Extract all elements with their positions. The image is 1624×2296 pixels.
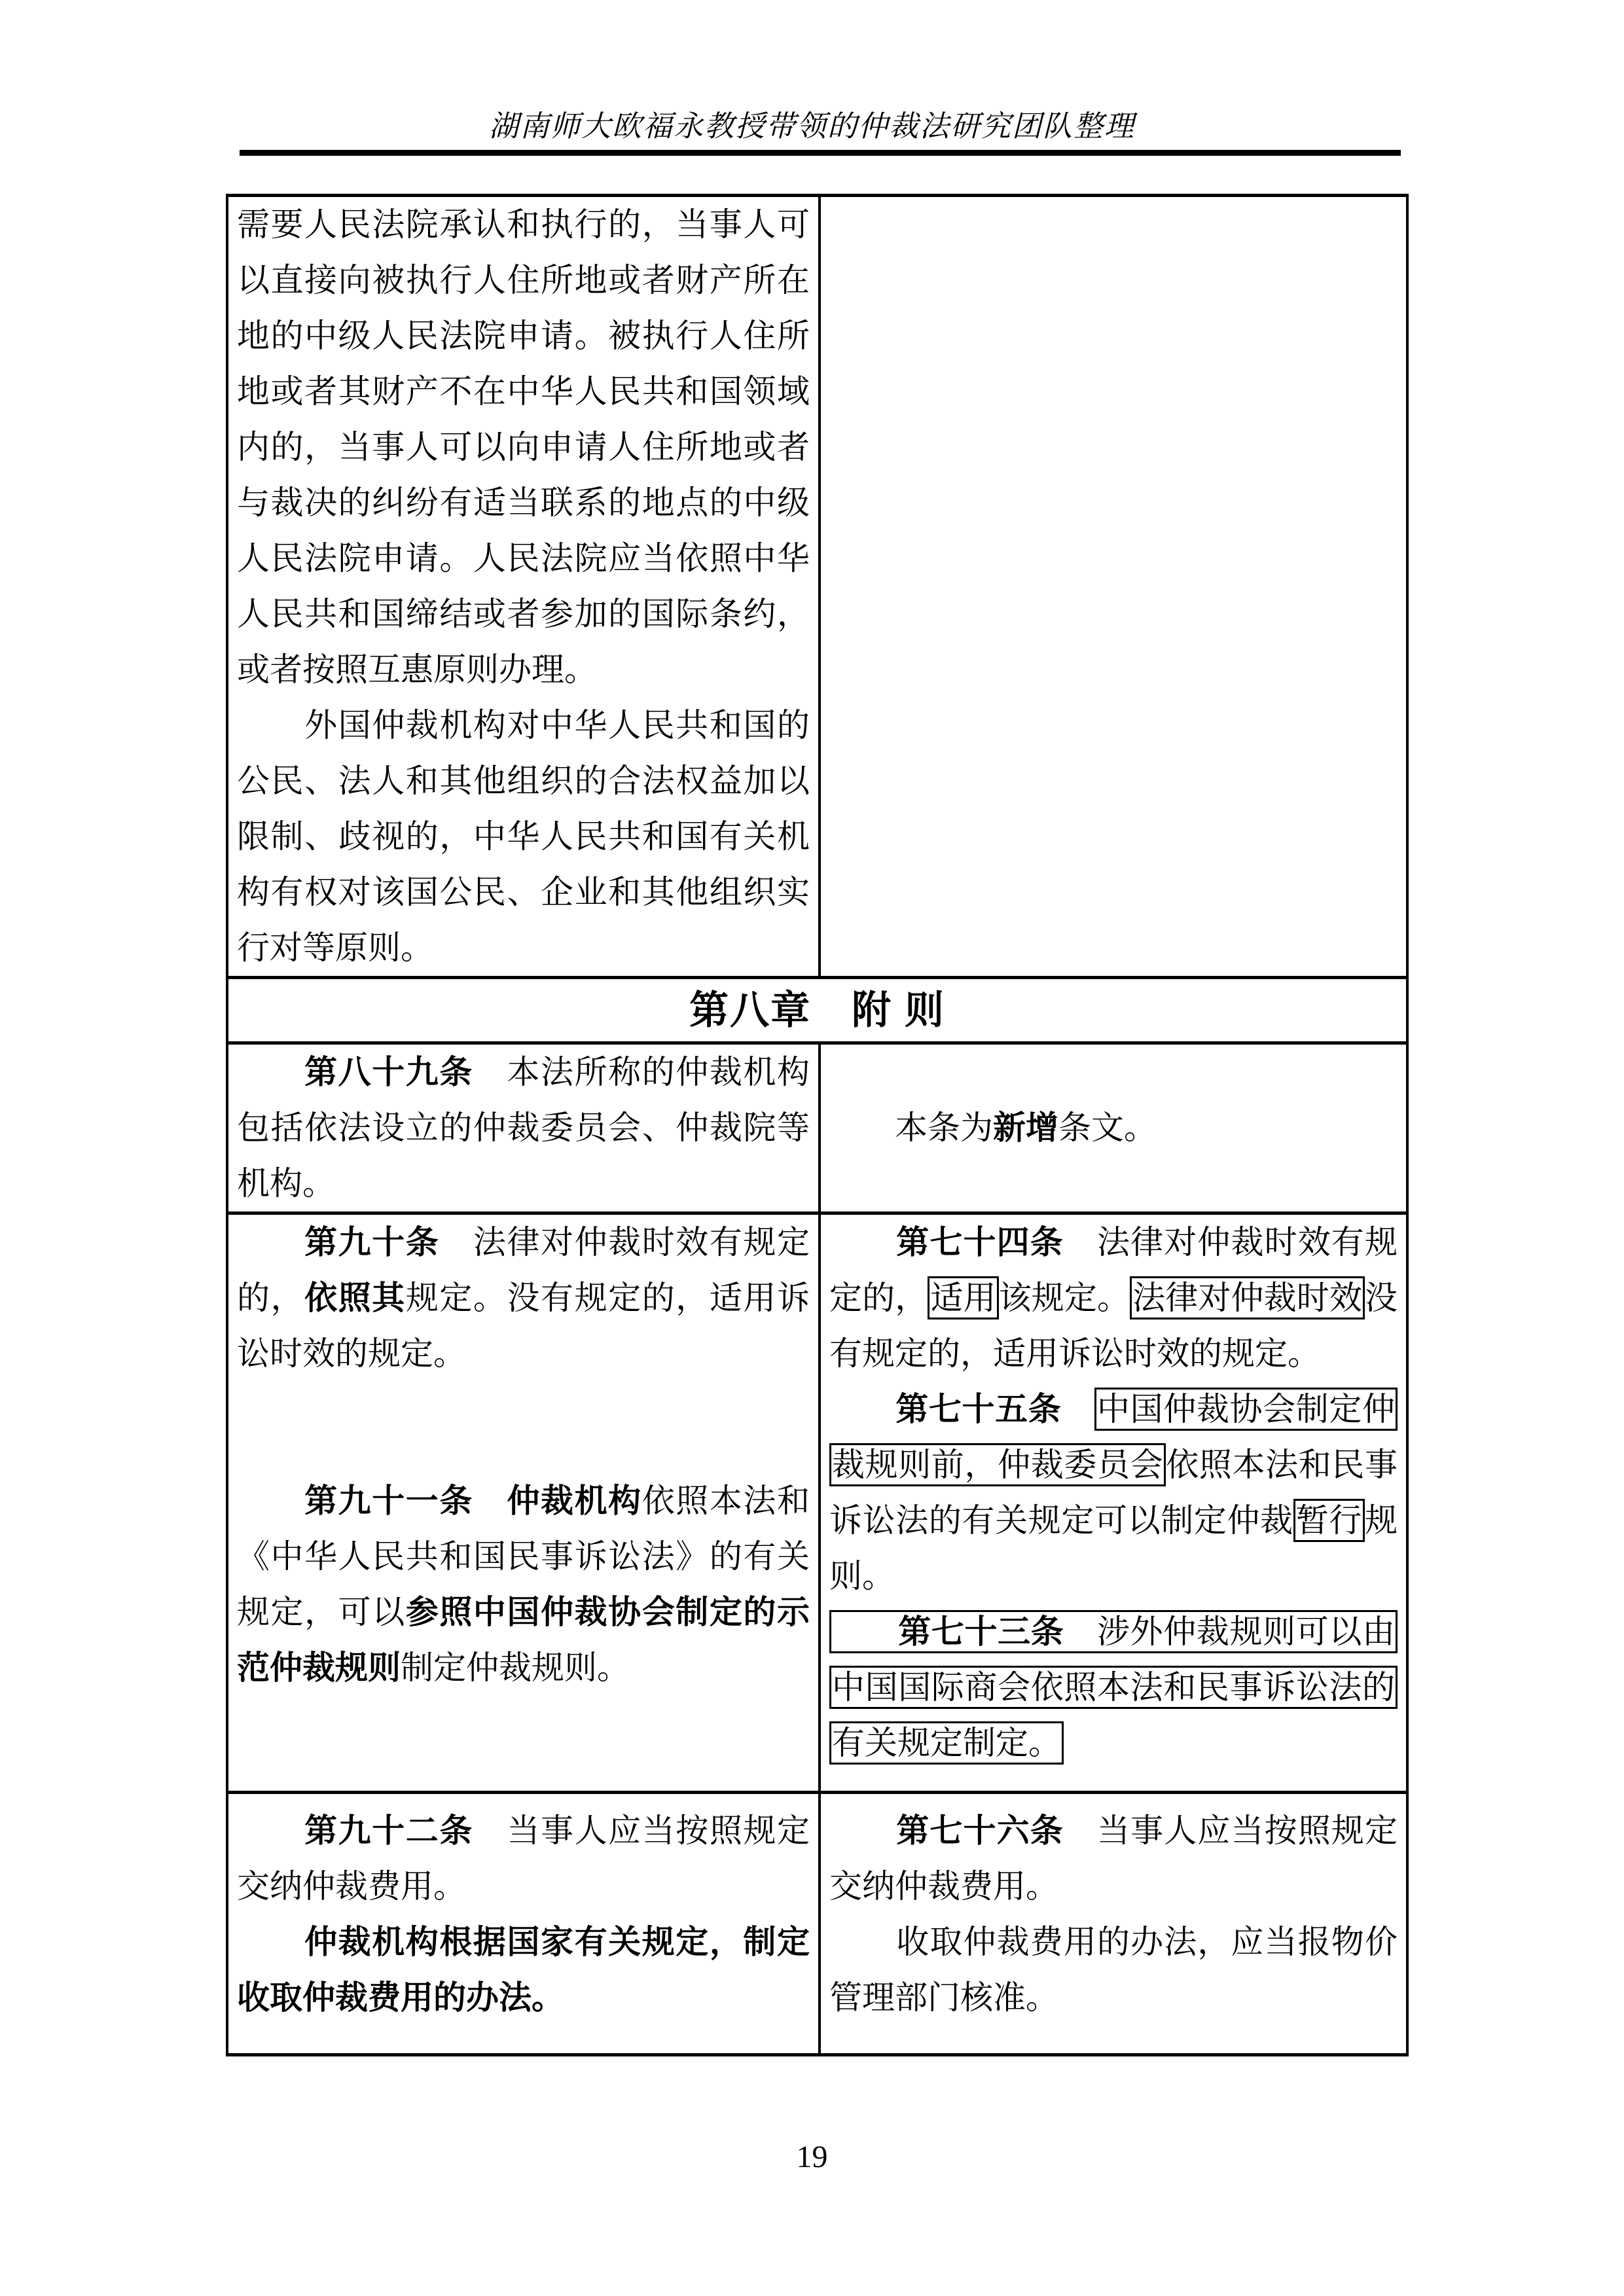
cell-continued-left: 需要人民法院承认和执行的，当事人可以直接向被执行人住所地或者财产所在地的中级人民… bbox=[227, 196, 820, 978]
cell-articles-74-75-73: 第七十四条 法律对仲裁时效有规定的，适用该规定。法律对仲裁时效没有规定的，适用诉… bbox=[820, 1213, 1407, 1793]
header-title: 湖南师大欧福永教授带领的仲裁法研究团队整理 bbox=[0, 102, 1624, 145]
paragraph-article-75: 第七十五条 中国仲裁协会制定仲裁规则前，仲裁委员会依照本法和民事诉讼法的有关规定… bbox=[829, 1382, 1398, 1604]
paragraph-article-90: 第九十条 法律对仲裁时效有规定的，依照其规定。没有规定的，适用诉讼时效的规定。 bbox=[237, 1215, 810, 1382]
comparison-table: 需要人民法院承认和执行的，当事人可以直接向被执行人住所地或者财产所在地的中级人民… bbox=[226, 194, 1409, 2056]
paragraph-article-76-fees: 收取仲裁费用的办法，应当报物价管理部门核准。 bbox=[829, 1914, 1398, 2026]
paragraph-article-76: 第七十六条 当事人应当按照规定交纳仲裁费用。 bbox=[829, 1803, 1398, 1914]
cell-article-89-note: 本条为新增条文。 bbox=[820, 1043, 1407, 1213]
paragraph-article-92-fees: 仲裁机构根据国家有关规定，制定收取仲裁费用的办法。 bbox=[237, 1914, 810, 2026]
paragraph-article-74: 第七十四条 法律对仲裁时效有规定的，适用该规定。法律对仲裁时效没有规定的，适用诉… bbox=[829, 1215, 1398, 1382]
paragraph-article-92: 第九十二条 当事人应当按照规定交纳仲裁费用。 bbox=[237, 1803, 810, 1914]
cell-article-92: 第九十二条 当事人应当按照规定交纳仲裁费用。 仲裁机构根据国家有关规定，制定收取… bbox=[227, 1793, 820, 2055]
page-number: 19 bbox=[0, 2139, 1624, 2175]
row-article-92: 第九十二条 当事人应当按照规定交纳仲裁费用。 仲裁机构根据国家有关规定，制定收取… bbox=[227, 1793, 1407, 2055]
paragraph-article-89: 第八十九条 本法所称的仲裁机构包括依法设立的仲裁委员会、仲裁院等机构。 bbox=[237, 1045, 810, 1211]
cell-article-76: 第七十六条 当事人应当按照规定交纳仲裁费用。 收取仲裁费用的办法，应当报物价管理… bbox=[820, 1793, 1407, 2055]
cell-articles-90-91: 第九十条 法律对仲裁时效有规定的，依照其规定。没有规定的，适用诉讼时效的规定。 … bbox=[227, 1213, 820, 1793]
row-chapter-heading: 第八章 附 则 bbox=[227, 978, 1407, 1043]
row-article-89: 第八十九条 本法所称的仲裁机构包括依法设立的仲裁委员会、仲裁院等机构。 本条为新… bbox=[227, 1043, 1407, 1213]
row-continued-text: 需要人民法院承认和执行的，当事人可以直接向被执行人住所地或者财产所在地的中级人民… bbox=[227, 196, 1407, 978]
paragraph-foreign-institutions: 外国仲裁机构对中华人民共和国的公民、法人和其他组织的合法权益加以限制、歧视的，中… bbox=[237, 698, 810, 976]
chapter-heading: 第八章 附 则 bbox=[227, 978, 1407, 1043]
row-articles-90-91: 第九十条 法律对仲裁时效有规定的，依照其规定。没有规定的，适用诉讼时效的规定。 … bbox=[227, 1213, 1407, 1793]
cell-article-89: 第八十九条 本法所称的仲裁机构包括依法设立的仲裁委员会、仲裁院等机构。 bbox=[227, 1043, 820, 1213]
paragraph-new-provision-note: 本条为新增条文。 bbox=[829, 1100, 1398, 1156]
paragraph-enforcement: 需要人民法院承认和执行的，当事人可以直接向被执行人住所地或者财产所在地的中级人民… bbox=[237, 197, 810, 698]
document-page: 湖南师大欧福永教授带领的仲裁法研究团队整理 需要人民法院承认和执行的，当事人可以… bbox=[0, 0, 1624, 2296]
header-rule bbox=[240, 150, 1401, 156]
cell-continued-right-empty bbox=[820, 196, 1407, 978]
paragraph-article-73: 第七十三条 涉外仲裁规则可以由中国国际商会依照本法和民事诉讼法的有关规定制定。 bbox=[829, 1604, 1398, 1771]
paragraph-article-91: 第九十一条 仲裁机构依照本法和《中华人民共和国民事诉讼法》的有关规定，可以参照中… bbox=[237, 1473, 810, 1696]
